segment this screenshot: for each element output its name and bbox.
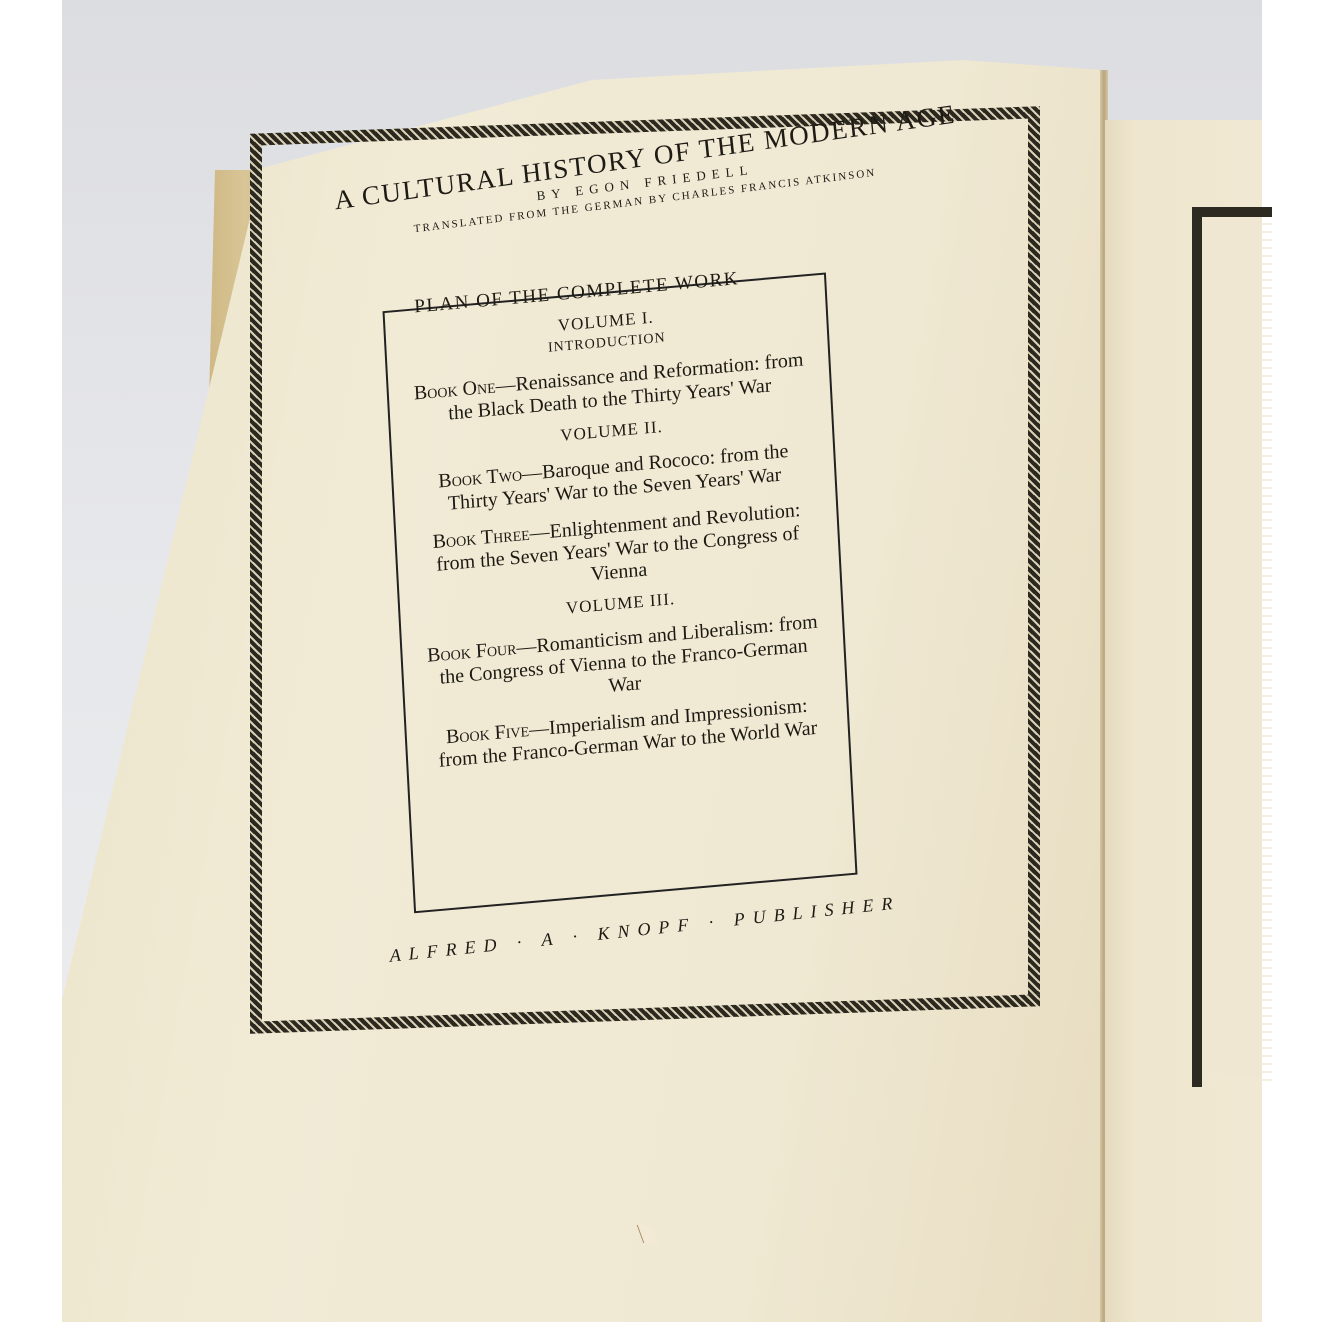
contents-box: PLAN OF THE COMPLETE WORK VOLUME I. INTR… [382, 272, 857, 913]
title-plate: A CULTURAL HISTORY OF THE MODERN AGE BY … [250, 106, 1040, 1034]
right-page-inner [1202, 217, 1262, 1077]
